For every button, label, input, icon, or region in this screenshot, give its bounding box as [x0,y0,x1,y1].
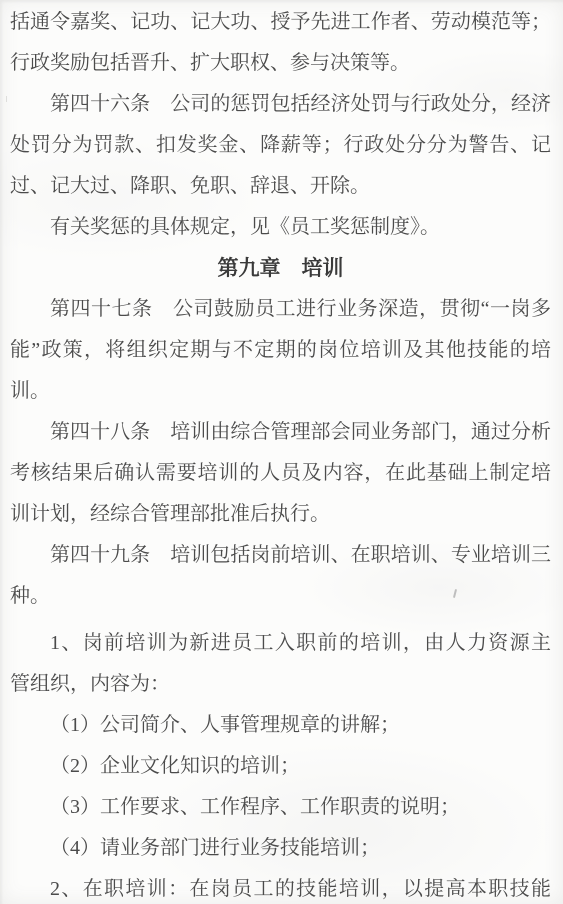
text-line: 行政奖励包括晋升、扩大职权、参与决策等。 [10,43,551,84]
article-47-line: 第四十七条 公司鼓励员工进行业务深造，贯彻“一岗多 [10,289,551,330]
text-line: 管组织，内容为： [10,664,551,705]
text-line: 考核结果后确认需要培训的人员及内容，在此基础上制定培 [10,453,551,494]
sub-item-4-line: （4）请业务部门进行业务技能培训； [10,828,551,869]
text-line: 过、记大过、降职、免职、辞退、开除。 [10,166,551,207]
scanned-document-page: 括通令嘉奖、记功、记大功、授予先进工作者、劳动模范等； 行政奖励包括晋升、扩大职… [0,0,563,904]
article-49-line: 第四十九条 培训包括岗前培训、在职培训、专业培训三 [10,535,551,576]
text-line: 训。 [10,371,551,412]
list-item-1-line: 1、岗前培训为新进员工入职前的培训，由人力资源主 [10,623,551,664]
chapter-heading: 第九章 培训 [10,248,551,289]
sub-item-3-line: （3）工作要求、工作程序、工作职责的说明； [10,787,551,828]
sub-item-2-line: （2）企业文化知识的培训； [10,746,551,787]
text-line: 能”政策，将组织定期与不定期的岗位培训及其他技能的培 [10,330,551,371]
text-line: 处罚分为罚款、扣发奖金、降薪等；行政处分分为警告、记 [10,125,551,166]
article-48-line: 第四十八条 培训由综合管理部会同业务部门，通过分析 [10,412,551,453]
document-body: 括通令嘉奖、记功、记大功、授予先进工作者、劳动模范等； 行政奖励包括晋升、扩大职… [0,0,563,904]
text-line: 括通令嘉奖、记功、记大功、授予先进工作者、劳动模范等； [10,2,551,43]
sub-item-1-line: （1）公司简介、人事管理规章的讲解； [10,705,551,746]
text-line: 训计划，经综合管理部批准后执行。 [10,494,551,535]
article-46-line: 第四十六条 公司的惩罚包括经济处罚与行政处分，经济 [10,84,551,125]
text-line: 种。 [10,576,551,617]
list-item-2-line: 2、在职培训：在岗员工的技能培训，以提高本职技能 [10,869,551,904]
text-line: 有关奖惩的具体规定，见《员工奖惩制度》。 [10,207,551,248]
